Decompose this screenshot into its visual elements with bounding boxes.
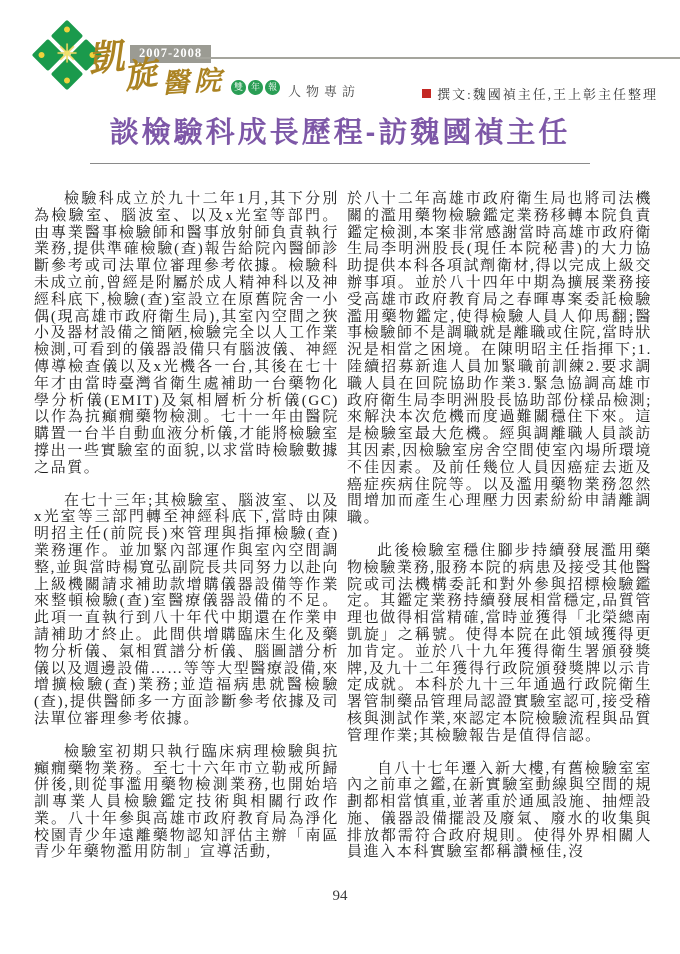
left-column: 檢驗科成立於九十二年1月,其下分別為檢驗室、腦波室、以及x光室等部門。由專業醫事… (34, 191, 339, 877)
hospital-logo-icon: ✳ (42, 30, 92, 80)
badge-circle: 報 (265, 80, 280, 95)
byline-text: 撰文:魏國禎主任,王上彰主任整理 (437, 84, 658, 103)
paragraph: 檢驗科成立於九十二年1月,其下分別為檢驗室、腦波室、以及x光室等部門。由專業醫事… (34, 191, 339, 477)
right-column: 於八十二年高雄市政府衛生局也將司法機關的濫用藥物檢驗鑑定業務移轉本院負責鑑定檢測… (347, 191, 652, 877)
magazine-page: ✳ 2007-2008 凱 旋 醫 院 雙 年 報 人物專訪 撰文:魏國禎主任,… (0, 0, 680, 954)
article-title: 談檢驗科成長歷程-訪魏國禎主任 (0, 110, 680, 151)
title-block: 談檢驗科成長歷程-訪魏國禎主任 (0, 110, 680, 164)
paragraph: 自八十七年遷入新大樓,有舊檢驗室室內之前車之鑑,在新實驗室動線與空間的規劃都相當… (347, 761, 652, 862)
byline: 撰文:魏國禎主任,王上彰主任整理 (422, 84, 658, 103)
paragraph: 於八十二年高雄市政府衛生局也將司法機關的濫用藥物檢驗鑑定業務移轉本院負責鑑定檢測… (347, 191, 652, 527)
header-rule (196, 57, 680, 59)
paragraph: 在七十三年;其檢驗室、腦波室、以及x光室等三部門轉至神經科底下,當時由陳明招主任… (34, 493, 339, 728)
logo-calligraphy-char: 凱 (86, 38, 126, 78)
paragraph: 此後檢驗室穩住腳步持續發展濫用藥物檢驗業務,服務本院的病患及接受其他醫院或司法機… (347, 543, 652, 745)
logo-calligraphy-char: 院 (194, 68, 222, 96)
logo-calligraphy-char: 醫 (161, 69, 190, 98)
paragraph: 檢驗室初期只執行臨床病理檢驗與抗癲癇藥物業務。至七十六年市立勒戒所歸併後,則從事… (34, 744, 339, 862)
red-square-bullet-icon (422, 89, 431, 98)
article-body: 檢驗科成立於九十二年1月,其下分別為檢驗室、腦波室、以及x光室等部門。由專業醫事… (34, 191, 652, 877)
starburst-icon: ✳ (56, 41, 78, 67)
page-header: ✳ 2007-2008 凱 旋 醫 院 雙 年 報 人物專訪 撰文:魏國禎主任,… (0, 0, 680, 110)
badge-circle: 年 (248, 80, 263, 95)
biennial-report-badge: 雙 年 報 (231, 80, 280, 95)
logo-calligraphy-char: 旋 (121, 57, 159, 95)
page-footer: 94 (0, 888, 680, 905)
page-number: 94 (333, 888, 348, 904)
section-label: 人物專訪 (288, 81, 360, 100)
badge-circle: 雙 (231, 80, 246, 95)
title-underline (90, 163, 590, 164)
